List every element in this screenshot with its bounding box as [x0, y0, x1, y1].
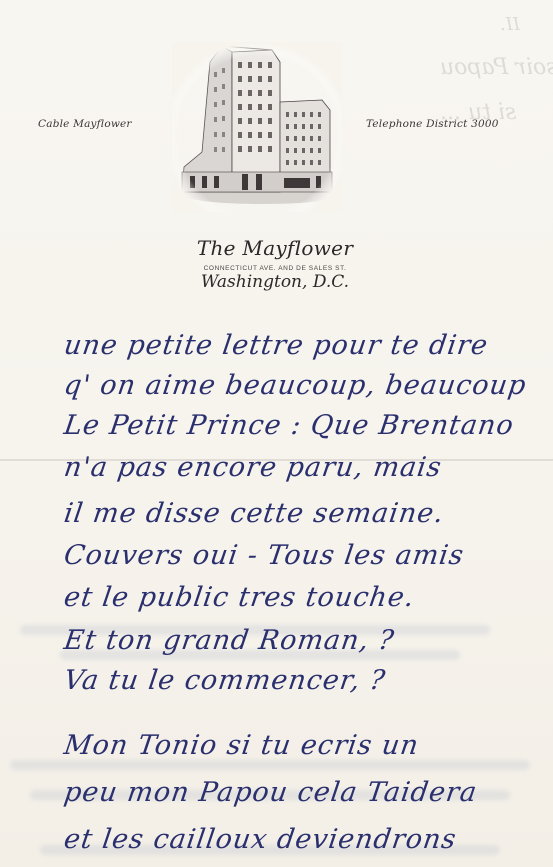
letterhead-telephone: Telephone District 3000	[366, 118, 499, 130]
handwritten-line: et les cailloux deviendrons	[62, 824, 459, 855]
letter-page: II. Bonsoir Papou si tu ... Cable Mayflo…	[0, 0, 553, 867]
handwritten-line: il me disse cette semaine.	[62, 498, 446, 529]
hotel-name: The Mayflower	[170, 236, 380, 260]
handwritten-line: Va tu le commencer, ?	[62, 665, 388, 696]
handwritten-line: et le public tres touche.	[62, 582, 417, 613]
handwritten-line: q' on aime beaucoup, beaucoup	[62, 370, 529, 401]
handwritten-line: n'a pas encore paru, mais	[62, 452, 444, 483]
handwritten-line: peu mon Papou cela Taidera	[62, 777, 479, 808]
handwritten-line: Couvers oui - Tous les amis	[62, 540, 466, 571]
bleed-through-page-number: II.	[500, 14, 520, 35]
bleed-through-line: Bonsoir Papou	[440, 55, 553, 80]
handwritten-line: Et ton grand Roman, ?	[62, 625, 396, 656]
ink-smear	[10, 760, 530, 770]
handwritten-line: Mon Tonio si tu ecris un	[62, 730, 421, 761]
hotel-address: CONNECTICUT AVE. AND DE SALES ST.	[170, 265, 380, 272]
letterhead-cable: Cable Mayflower	[38, 118, 132, 130]
handwritten-line: Le Petit Prince : Que Brentano	[62, 410, 516, 441]
hotel-building-illustration	[172, 42, 342, 212]
hotel-city: Washington, D.C.	[170, 272, 380, 292]
handwritten-line: une petite lettre pour te dire	[62, 330, 490, 361]
